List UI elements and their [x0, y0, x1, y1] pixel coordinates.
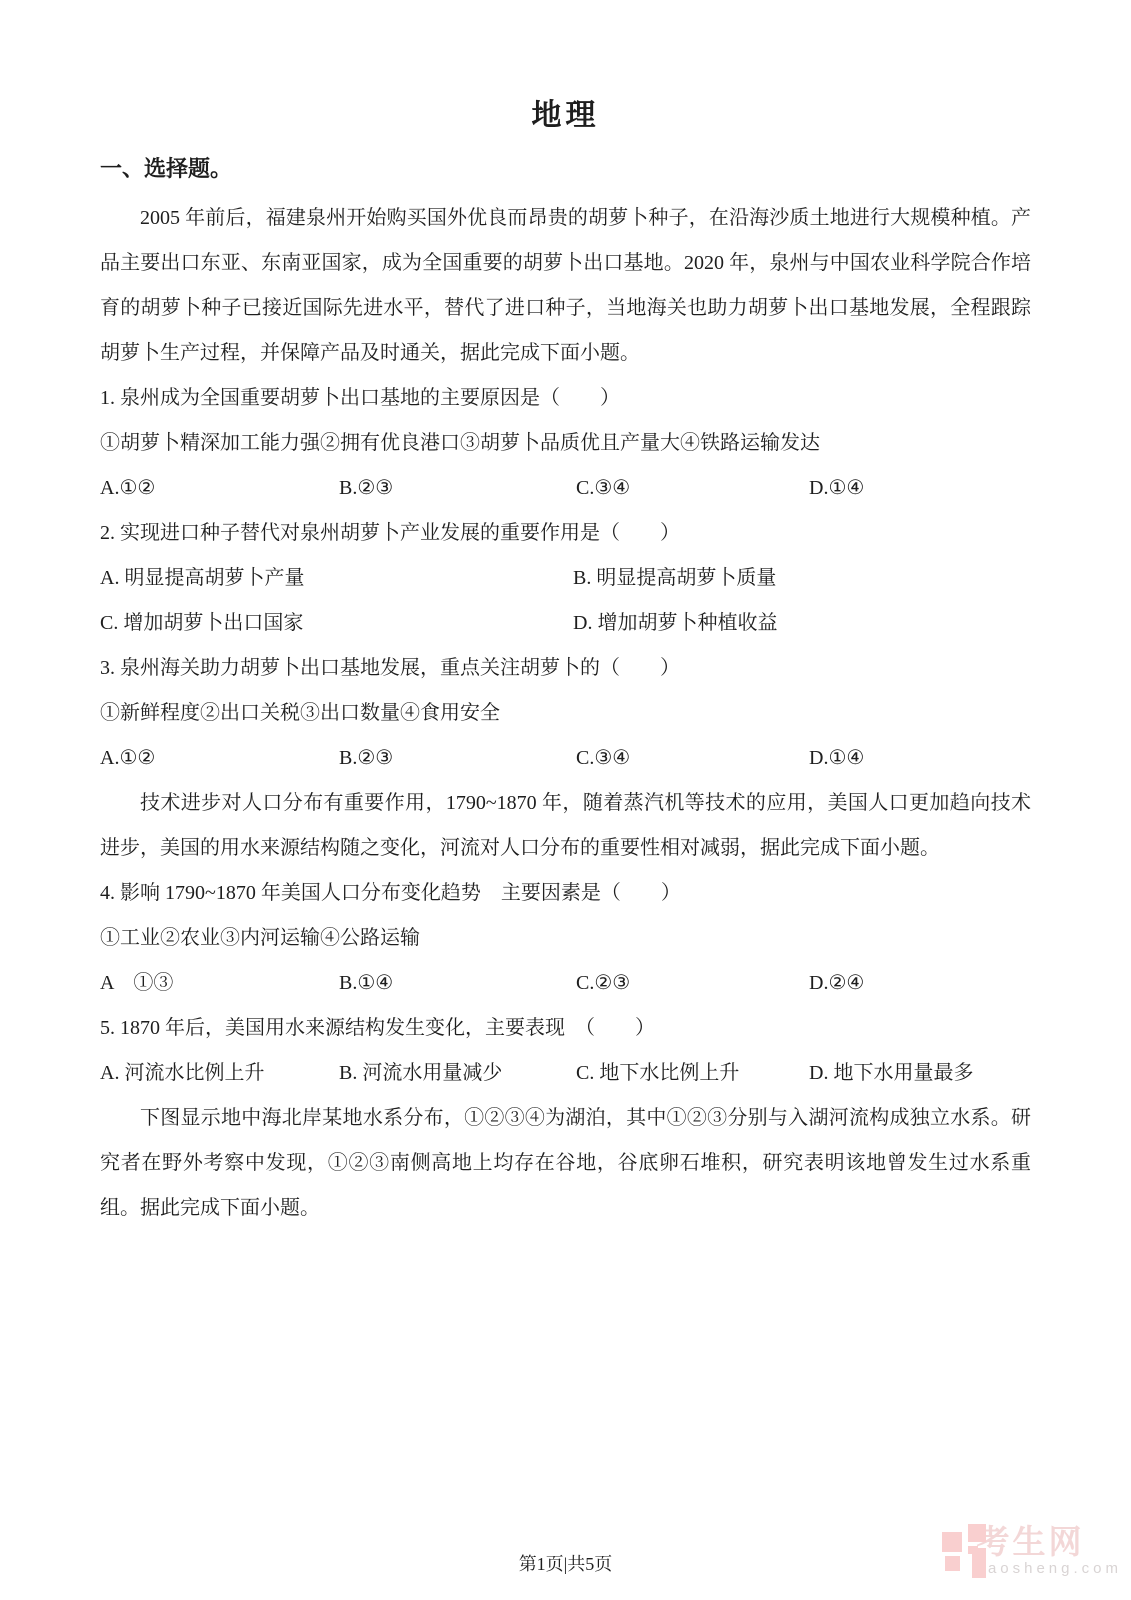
option-c: C. 增加胡萝卜出口国家	[100, 601, 573, 646]
question-5: 5. 1870 年后，美国用水来源结构发生变化，主要表现 （ ） A. 河流水比…	[100, 1006, 1031, 1096]
passage-mediterranean-lakes: 下图显示地中海北岸某地水系分布，①②③④为湖泊，其中①②③分别与入湖河流构成独立…	[100, 1096, 1031, 1231]
option-d: D. 地下水用量最多	[809, 1051, 1031, 1096]
question-1-options: A.①② B.②③ C.③④ D.①④	[100, 466, 1031, 511]
option-c: C. 地下水比例上升	[576, 1051, 809, 1096]
option-c: C.②③	[576, 961, 809, 1006]
question-1-stem: 1. 泉州成为全国重要胡萝卜出口基地的主要原因是（ ）	[100, 376, 1031, 421]
page-title: 地理	[100, 98, 1031, 134]
option-d: D.①④	[809, 466, 1031, 511]
option-c: C.③④	[576, 736, 809, 781]
option-b: B.②③	[339, 466, 576, 511]
question-4: 4. 影响 1790~1870 年美国人口分布变化趋势 主要因素是（ ） ①工业…	[100, 871, 1031, 1006]
option-d: D. 增加胡萝卜种植收益	[573, 601, 1031, 646]
option-a: A ①③	[100, 961, 339, 1006]
option-b: B.①④	[339, 961, 576, 1006]
question-4-options: A ①③ B.①④ C.②③ D.②④	[100, 961, 1031, 1006]
option-a: A.①②	[100, 736, 339, 781]
option-d: D.②④	[809, 961, 1031, 1006]
question-3-options: A.①② B.②③ C.③④ D.①④	[100, 736, 1031, 781]
exam-content: 地理 一、选择题。 2005 年前后，福建泉州开始购买国外优良而昂贵的胡萝卜种子…	[0, 0, 1131, 1231]
question-1-statements: ①胡萝卜精深加工能力强②拥有优良港口③胡萝卜品质优且产量大④铁路运输发达	[100, 421, 1031, 466]
option-b: B.②③	[339, 736, 576, 781]
option-a: A.①②	[100, 466, 339, 511]
question-3-stem: 3. 泉州海关助力胡萝卜出口基地发展，重点关注胡萝卜的（ ）	[100, 646, 1031, 691]
question-2: 2. 实现进口种子替代对泉州胡萝卜产业发展的重要作用是（ ） A. 明显提高胡萝…	[100, 511, 1031, 646]
question-3-statements: ①新鲜程度②出口关税③出口数量④食用安全	[100, 691, 1031, 736]
option-a: A. 明显提高胡萝卜产量	[100, 556, 573, 601]
option-c: C.③④	[576, 466, 809, 511]
exam-page: 地理 一、选择题。 2005 年前后，福建泉州开始购买国外优良而昂贵的胡萝卜种子…	[0, 0, 1131, 1600]
page-number: 第1页|共5页	[0, 1552, 1131, 1576]
question-1: 1. 泉州成为全国重要胡萝卜出口基地的主要原因是（ ） ①胡萝卜精深加工能力强②…	[100, 376, 1031, 511]
question-5-options: A. 河流水比例上升 B. 河流水用量减少 C. 地下水比例上升 D. 地下水用…	[100, 1051, 1031, 1096]
option-a: A. 河流水比例上升	[100, 1051, 339, 1096]
option-d: D.①④	[809, 736, 1031, 781]
question-5-stem: 5. 1870 年后，美国用水来源结构发生变化，主要表现 （ ）	[100, 1006, 1031, 1051]
question-3: 3. 泉州海关助力胡萝卜出口基地发展，重点关注胡萝卜的（ ） ①新鲜程度②出口关…	[100, 646, 1031, 781]
question-4-statements: ①工业②农业③内河运输④公路运输	[100, 916, 1031, 961]
question-4-stem: 4. 影响 1790~1870 年美国人口分布变化趋势 主要因素是（ ）	[100, 871, 1031, 916]
passage-quanzhou-carrot: 2005 年前后，福建泉州开始购买国外优良而昂贵的胡萝卜种子，在沿海沙质土地进行…	[100, 196, 1031, 376]
question-2-stem: 2. 实现进口种子替代对泉州胡萝卜产业发展的重要作用是（ ）	[100, 511, 1031, 556]
section-heading: 一、选择题。	[100, 154, 1031, 184]
option-b: B. 明显提高胡萝卜质量	[573, 556, 1031, 601]
option-b: B. 河流水用量减少	[339, 1051, 576, 1096]
passage-us-population: 技术进步对人口分布有重要作用，1790~1870 年，随着蒸汽机等技术的应用，美…	[100, 781, 1031, 871]
question-2-options: A. 明显提高胡萝卜产量 B. 明显提高胡萝卜质量 C. 增加胡萝卜出口国家 D…	[100, 556, 1031, 646]
